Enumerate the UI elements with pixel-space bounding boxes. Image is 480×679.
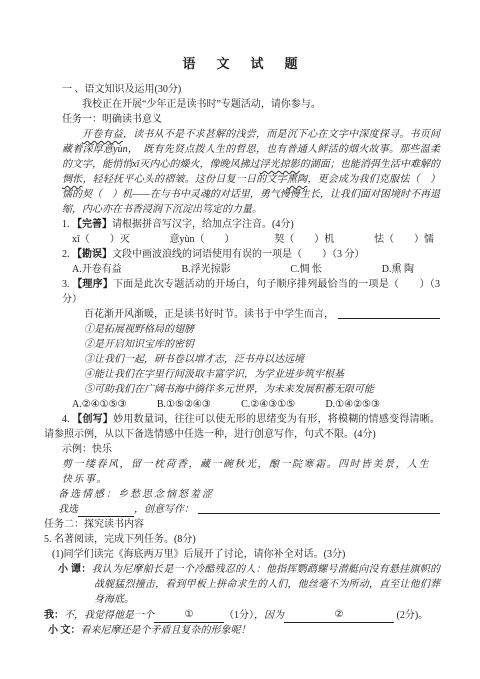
q3-option-c: C.②④③①⑤ (241, 397, 295, 412)
passage-word-xuntao: 熏陶 (287, 174, 307, 185)
q2-stem: 2. 【勘误】文段中画波浪线的词语使用有误的一项是（ ）（3 分） (44, 247, 440, 262)
q4-answer-prefix: 我选 (58, 502, 78, 517)
task2-label: 任务二：探究读书内容 (44, 517, 440, 532)
q4-tag: 【创写】 (72, 414, 113, 425)
passage-word-fuguanglueying: 浮光掠影 (260, 159, 300, 170)
me-blank-1: ① (154, 607, 224, 623)
me-score-2: (2分)。 (397, 610, 429, 621)
q3-number: 3. (62, 279, 70, 290)
q1-item-xi: xī（ ）灭 (72, 232, 130, 247)
q3-sentence-4: ④能让我们在字里行间汲取丰富学识，为学业进步筑牢根基 (44, 367, 440, 382)
speaker-me: 我： (44, 610, 64, 621)
q1-tag: 【完善】 (72, 219, 112, 230)
exam-paper-page: 语 文 试 题 一 、语文知识及运用(30分) 我校正在开展“少年正是读书时”专… (0, 0, 480, 679)
q2-options: A.开卷有益 B.浮光掠影 C.惆 怅 D.熏 陶 (44, 262, 440, 277)
q1-text: 请根据拼音写汉字，给加点字注音。(4分) (112, 219, 294, 230)
passage-word-kaijuanyouyi: 开卷有益 (82, 129, 123, 140)
q2-tag: 【勘误】 (72, 249, 112, 260)
q3-sentence-1: ①是拓展视野格局的翅膀 (44, 322, 440, 337)
q3-option-a: A.②④①⑤③ (72, 397, 127, 412)
dialog-xiaotan: 小 谭：我认为尼摩船长是一个冷酷残忍的人：他指挥鹦鹉螺号潜艇向没有悬挂旗帜的战舰… (44, 562, 440, 607)
me-text-2: ，因为 (254, 610, 284, 621)
speech-xiaowen: 看来尼摩还是个矛盾且复杂的形象呢！ (81, 625, 251, 636)
me-blank-2: ② (284, 607, 394, 623)
me-text-1: 不，我觉得他是一个 (64, 610, 154, 621)
q2-text: 文段中画波浪线的词语使用有误的一项是（ ）（3 分） (112, 249, 365, 260)
q3-sentence-2: ②是开启知识宝库的密钥 (44, 337, 440, 352)
q1-item-qie: 怯（ ）懦 (374, 232, 434, 247)
q5-sub1: (1)同学们读完《海底两万里》后展开了讨论，请你补全对话。(3分) (44, 547, 440, 562)
q4-number: 4. (62, 414, 70, 425)
passage-text-2: 的湖面；也能消弭生活中难解的 (300, 159, 440, 170)
speaker-xiaotan: 小 谭： (58, 564, 92, 575)
q1-item-yun: 意yùn（ ） (170, 232, 235, 247)
q2-option-a: A.开卷有益 (72, 262, 122, 277)
q4-answer-mid: ，创意写作： (134, 502, 194, 517)
section1-heading: 一 、语文知识及运用(30分) (44, 82, 440, 97)
q1-stem: 1. 【完善】请根据拼音写汉字，给加点字注音。(4分) (44, 217, 440, 232)
q3-options: A.②④①⑤③ B.①⑤②④③ C.②④③①⑤ D.①④②⑤③ (44, 397, 440, 412)
speech-xiaotan: 我认为尼摩船长是一个冷酷残忍的人：他指挥鹦鹉螺号潜艇向没有悬挂旗帜的战舰猛烈撞击… (92, 564, 440, 605)
q3-option-b: B.①⑤②④③ (157, 397, 211, 412)
q4-example-text: 剪一缕春风，留一枕荷香，藏一碗秋光，酿一院寒霜。四时皆美景，人生快乐事。 (44, 457, 440, 487)
q3-lead-line: 百花渐开风渐暖，正是读书好时节。读书于中学生而言， (44, 307, 440, 322)
page-title: 语 文 试 题 (44, 54, 440, 74)
q3-blank-line (338, 318, 440, 319)
q4-candidates: 备选情感：乡愁思念恼怒羞涩 (44, 487, 440, 502)
me-score-1: （1分） (224, 610, 254, 621)
dialog-xiaowen: 小 文：看来尼摩还是个矛盾且复杂的形象呢！ (44, 623, 440, 638)
q1-answer-items: xī（ ）灭 意yùn（ ） 契（ ）机 怯（ ）懦 (44, 232, 440, 247)
q1-item-qi: 契（ ）机 (274, 232, 334, 247)
q3-tag: 【理序】 (72, 279, 113, 290)
q2-option-c: C.惆 怅 (290, 262, 322, 277)
passage-word-chouchang: 惆怅 (62, 174, 82, 185)
q2-option-d: D.熏 陶 (382, 262, 414, 277)
speaker-xiaowen: 小 文： (48, 625, 81, 636)
q3-sentence-3: ③让我们一起，研书卷以增才志，泛书舟以达远境 (44, 352, 440, 367)
q3-text: 下面是此次专题活动的开场白，句子顺序排列最恰当的一项是（ ）（3 分） (62, 279, 440, 305)
q3-option-d: D.①④②⑤③ (325, 397, 380, 412)
passage-text-3: ，轻轻抚平心头的褶皱。这份日复一日的文字 (82, 174, 286, 185)
q5-stem: 5. 名著阅读，完成下列任务。(8分) (44, 532, 440, 547)
q3-lead-text: 百花渐开风渐暖，正是读书好时节。读书于中学生而言， (84, 307, 334, 322)
q4-example-label: 示例：快乐 (44, 442, 440, 457)
q3-stem: 3. 【理序】下面是此次专题活动的开场白，句子顺序排列最恰当的一项是（ ）（3 … (44, 277, 440, 307)
q4-stem: 4. 【创写】妙用数量词，往往可以使无形的思绪变为有形，将模糊的情感变得清晰。请… (44, 412, 440, 442)
q1-number: 1. (62, 219, 70, 230)
reading-passage: 开卷有益，读书从不是不求甚解的浅尝，而是沉下心在文字中深度探寻。书页间藏着深厚意… (44, 127, 440, 217)
q2-number: 2. (62, 249, 70, 260)
section1-intro: 我校正在开展“少年正是读书时”专题活动，请你参与。 (44, 97, 440, 112)
task1-label: 任务一：明确读书意义 (44, 112, 440, 127)
q3-sentence-5: ⑤可助我们在广阔书海中徜徉多元世界，为未来发展积蓄无限可能 (44, 382, 440, 397)
q4-writing-blank (198, 513, 440, 514)
q4-answer-line: 我选 ，创意写作： (44, 502, 440, 517)
dialog-me: 我：不，我觉得他是一个①（1分），因为② (2分)。 (44, 607, 440, 623)
q2-option-b: B.浮光掠影 (181, 262, 230, 277)
